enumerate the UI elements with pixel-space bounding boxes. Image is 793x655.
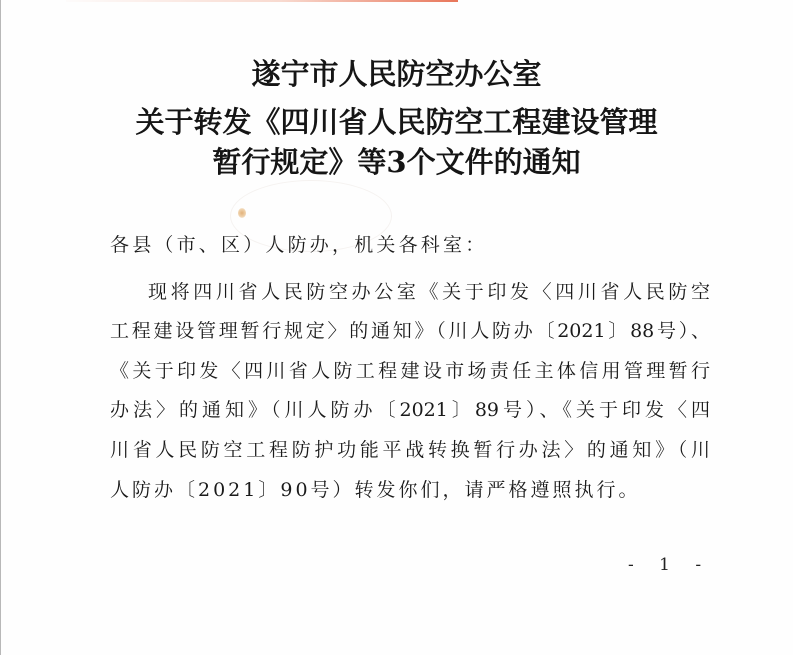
salutation: 各县（市、区）人防办，机关各科室：	[110, 232, 487, 258]
document-title-line-3: 暂行规定》等3个文件的通知	[0, 145, 793, 179]
body-line-6: 人防办〔2021〕90号）转发你们，请严格遵照执行。	[110, 477, 641, 503]
body-line-5: 川省人民防空工程防护功能平战转换暂行办法〉的通知》（川	[110, 437, 710, 463]
body-line-1: 现将四川省人民防空办公室《关于印发〈四川省人民防空	[148, 279, 710, 305]
body-line-3: 《关于印发〈四川省人防工程建设市场责任主体信用管理暂行	[110, 358, 710, 384]
document-title-line-2: 关于转发《四川省人民防空工程建设管理	[0, 105, 793, 139]
body-line-4: 办法〉的通知》（川人防办〔2021〕89号）、《关于印发〈四	[110, 397, 710, 423]
body-line-2: 工程建设管理暂行规定〉的通知》（川人防办〔2021〕88号）、	[110, 318, 710, 344]
page-number: - 1 -	[628, 555, 711, 575]
page-left-border	[0, 0, 1, 655]
top-red-rule	[66, 0, 458, 2]
document-page: 遂宁市人民防空办公室 关于转发《四川省人民防空工程建设管理 暂行规定》等3个文件…	[0, 0, 793, 655]
paper-stain	[238, 208, 246, 218]
document-title-line-1: 遂宁市人民防空办公室	[0, 57, 793, 91]
